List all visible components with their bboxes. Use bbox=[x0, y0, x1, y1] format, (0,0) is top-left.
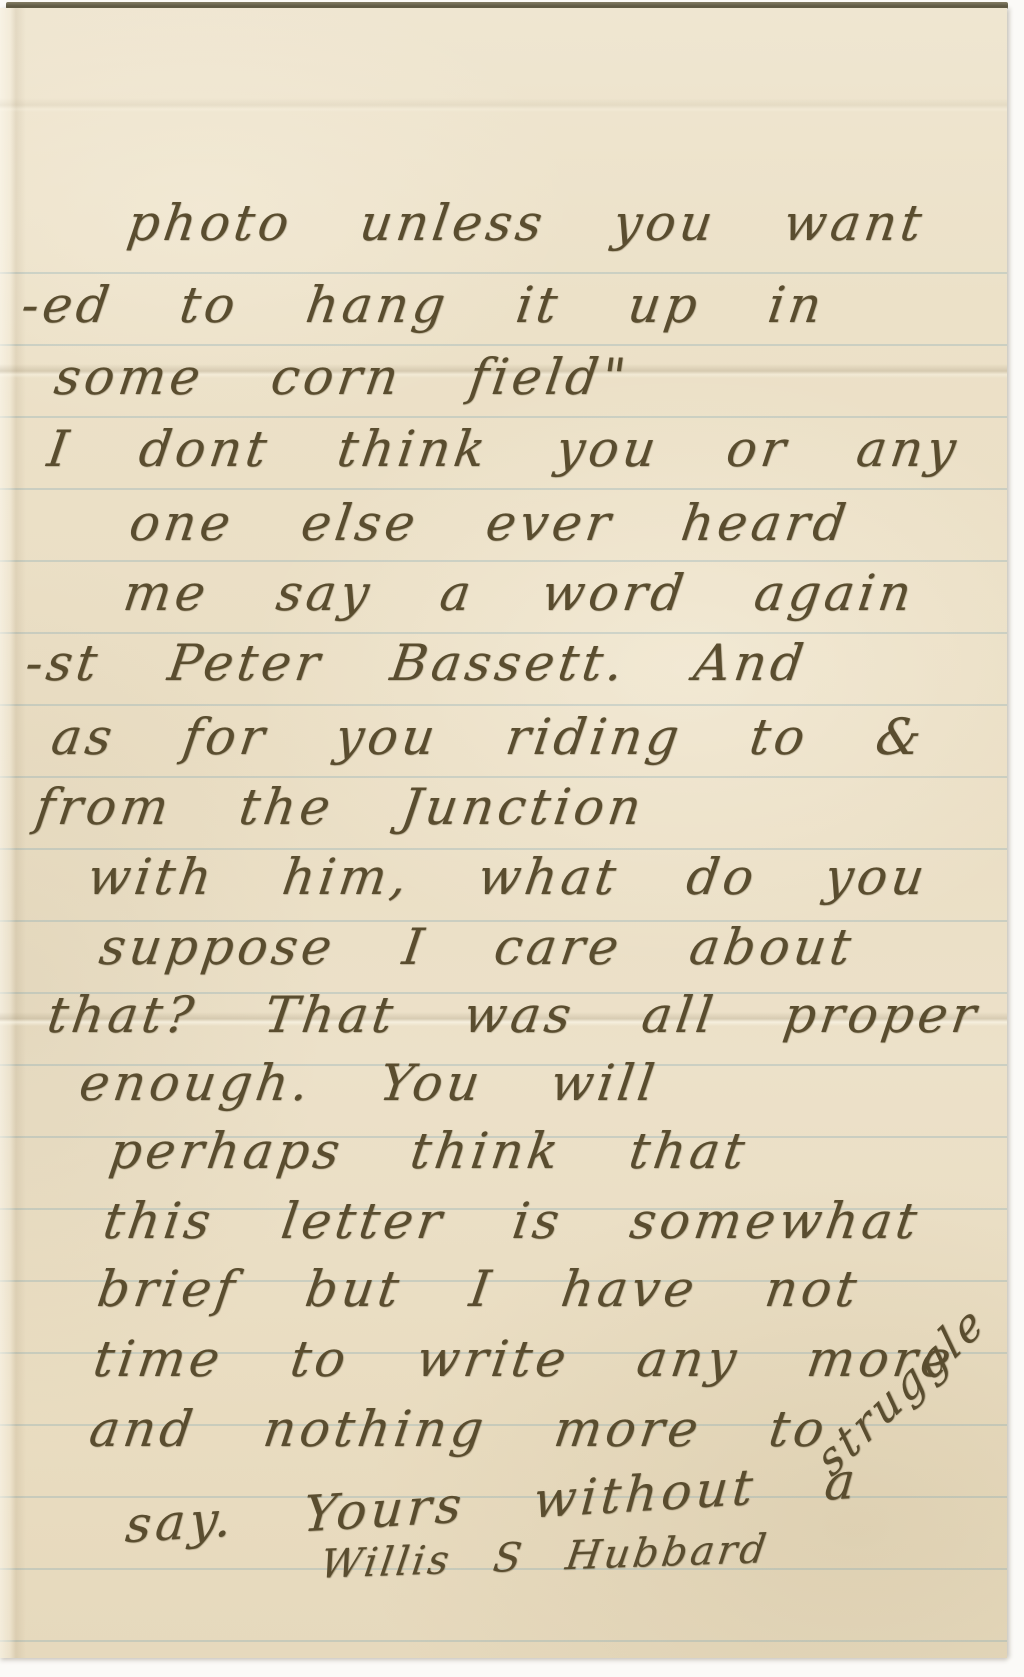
letter-line-7: -st Peter Bassett. And bbox=[22, 634, 811, 692]
letter-line-2: -ed to hang it up in bbox=[18, 276, 829, 334]
letter-line-1: photo unless you want bbox=[124, 194, 929, 252]
letter-line-6: me say a word again bbox=[120, 564, 919, 622]
letter-page: photo unless you want -ed to hang it up … bbox=[0, 8, 1007, 1658]
letter-line-16: brief but I have not bbox=[94, 1260, 864, 1318]
scan-canvas: photo unless you want -ed to hang it up … bbox=[0, 0, 1024, 1677]
letter-line-15: this letter is somewhat bbox=[100, 1192, 924, 1250]
fold-crease bbox=[0, 98, 1007, 112]
letter-line-13: enough. You will bbox=[76, 1054, 662, 1112]
letter-line-5: one else ever heard bbox=[126, 494, 853, 552]
letter-line-9: from the Junction bbox=[32, 778, 649, 836]
letter-line-3: some corn field" bbox=[51, 348, 633, 406]
letter-line-10: with him, what do you bbox=[84, 848, 932, 906]
letter-line-18: and nothing more to bbox=[86, 1400, 832, 1458]
letter-line-4: I dont think you or any bbox=[44, 420, 963, 478]
letter-line-8: as for you riding to & bbox=[48, 708, 929, 766]
letter-line-17: time to write any more bbox=[90, 1330, 959, 1388]
left-fold-edge bbox=[0, 8, 26, 1658]
letter-line-12: that? That was all proper bbox=[44, 986, 984, 1044]
letter-line-11: suppose I care about bbox=[96, 918, 858, 976]
letter-line-14: perhaps think that bbox=[106, 1122, 752, 1180]
